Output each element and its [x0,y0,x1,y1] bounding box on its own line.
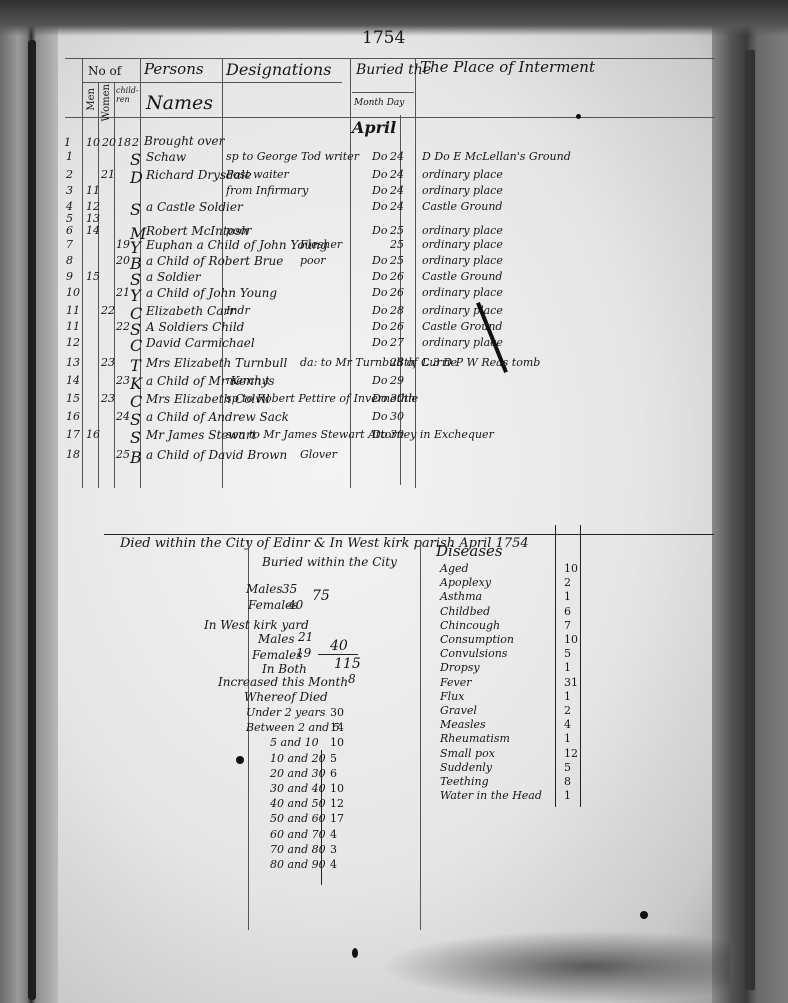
row-number: 15 [66,392,80,405]
in-both-value: 115 [334,656,361,672]
header-persons: Persons [144,60,204,78]
surname-initial: S [130,410,141,429]
col-rule-place [415,58,416,488]
women-count: 20 [102,136,116,149]
men-count: 10 [86,136,100,149]
burial-day: 25 [390,224,404,237]
header-designations: Designations [226,60,331,79]
place-of-interment: D Do E McLellan's Ground [422,150,571,163]
day-ditto-mark: Do [372,224,387,237]
men-count: 16 [86,428,100,441]
row-number: 3 [66,184,73,197]
women-count: 21 [101,168,115,181]
day-ditto-mark: Do [372,150,387,163]
disease-count: 5 [564,647,571,660]
year-heading: 1754 [362,28,405,48]
row-number: 6 [66,224,73,237]
age-count: 4 [330,828,337,841]
bottom-stain [380,930,730,1003]
place-of-interment: ordinary place [422,254,503,267]
designation: poor [226,224,252,237]
surname-initial: K [130,374,142,393]
day-ditto-mark: Do [372,428,387,441]
day-ditto-mark: Do [372,392,387,405]
disease-label: Water in the Head [440,789,542,802]
place-of-interment: L 3 D P W Reas tomb [422,356,540,369]
header-children: child-ren [116,86,136,104]
burial-day: 28th [390,356,416,369]
disease-count: 1 [564,690,571,703]
ink-blot [576,114,581,119]
row-number: 2 [66,168,73,181]
age-count: 10 [330,782,344,795]
surname-initial: S [130,428,141,447]
wk-males-value: 21 [298,630,313,644]
age-range-label: 5 and 10 [270,736,319,749]
burial-day: 26 [390,320,404,333]
disease-label: Gravel [440,704,477,717]
children-count: 23 [116,374,130,387]
age-range-label: 20 and 30 [270,767,326,780]
men-count: 15 [86,270,100,283]
row-number: 16 [66,410,80,423]
place-of-interment: ordinary place [422,168,503,181]
day-ditto-mark: Do [372,336,387,349]
wk-females-value: 19 [296,646,311,660]
header-no-of: No of [88,64,121,78]
burial-day: 24 [390,200,404,213]
burial-day: 30 [390,428,404,441]
designation: Post waiter [226,168,289,181]
city-females-value: 40 [288,598,303,612]
day-ditto-mark: Do [372,254,387,267]
women-count: 22 [101,304,115,317]
designation: poor [300,254,326,267]
day-ditto-mark: Do [372,270,387,283]
person-name: Schaw [146,150,186,164]
row-number: 7 [66,238,73,251]
age-count: 10 [330,736,344,749]
disease-label: Small pox [440,747,495,760]
age-range-label: 30 and 40 [270,782,326,795]
age-range-label: 60 and 70 [270,828,326,841]
row-number: 18 [66,448,80,461]
city-total: 75 [312,588,330,604]
designation: from Infirmary [226,184,308,197]
ink-blot [236,756,244,764]
designation: Flesher [300,238,342,251]
disease-count: 10 [564,562,578,575]
burial-day: 26 [390,270,404,283]
wk-females-label: Females [252,648,302,662]
row-number: 1 [66,150,73,163]
burial-day: 25 [390,254,404,267]
men-count: 14 [86,224,100,237]
disease-count: 1 [564,590,571,603]
designation: son to Mr James Stewart Attorney in Exch… [226,428,494,441]
burial-day: 30th [390,392,416,405]
disease-count: 7 [564,619,571,632]
gutter-shadow [745,50,755,990]
city-males-label: Males [246,582,283,596]
age-count: 12 [330,797,344,810]
wk-males-label: Males [258,632,295,646]
disease-count: 5 [564,761,571,774]
disease-label: Convulsions [440,647,507,660]
person-name: a Child of John Young [146,286,277,300]
burial-day: 27 [390,336,404,349]
place-of-interment: ordinary place [422,184,503,197]
day-ditto-mark: Do [372,320,387,333]
age-range-label: 40 and 50 [270,797,326,810]
person-name: a Child of Andrew Sack [146,410,289,424]
header-place-of-interment: The Place of Interment [420,58,595,76]
disease-count: 4 [564,718,571,731]
col-rule-men [82,58,83,488]
city-males-value: 35 [282,582,297,596]
children-count: 24 [116,410,130,423]
disease-label: Dropsy [440,661,480,674]
day-ditto-mark: Do [372,286,387,299]
person-name: a Child of Robert Brue [146,254,283,268]
surname-initial: C [130,392,142,411]
diseases-heading: Diseases [436,542,503,560]
age-range-label: 10 and 20 [270,752,326,765]
person-name: a Castle Soldier [146,200,243,214]
burial-day: 28 [390,304,404,317]
ink-blot [640,911,648,919]
surname-initial: Y [130,286,141,305]
burial-day: 25 [390,238,404,251]
row-number: 13 [66,356,80,369]
disease-count: 1 [564,661,571,674]
disease-count: 31 [564,676,578,689]
disease-count: 8 [564,775,571,788]
buried-heading: Buried within the City [262,555,397,569]
row-number: 11 [66,304,80,317]
disease-col-rule-1 [555,525,556,807]
disease-label: Measles [440,718,486,731]
header-rule-mid [82,82,342,83]
summary-col-mid [420,540,421,930]
row-number: 8 [66,254,73,267]
disease-label: Asthma [440,590,482,603]
age-count: 6 [330,767,337,780]
sum-line [318,654,358,655]
disease-label: Teething [440,775,489,788]
westkirk-heading: In West kirk yard [204,618,309,632]
row-number: 17 [66,428,80,441]
row-number: 9 [66,270,73,283]
place-of-interment: ordinary place [422,286,503,299]
person-name: a Soldier [146,270,201,284]
wk-total: 40 [330,638,348,654]
disease-label: Flux [440,690,464,703]
surname-initial: B [130,448,142,467]
disease-count: 1 [564,789,571,802]
day-ditto-mark: Do [372,184,387,197]
children-count: 20 [116,254,130,267]
summary-divider [104,534,714,535]
header-women: Women [101,84,112,121]
whereof-died: Whereof Died [244,690,328,704]
disease-count: 10 [564,633,578,646]
row-number: 1 [64,136,71,149]
disease-label: Consumption [440,633,514,646]
age-range-label: 80 and 90 [270,858,326,871]
person-name: a Child of David Brown [146,448,287,462]
header-month-day: Month Day [354,98,404,108]
disease-count: 12 [564,747,578,760]
age-range-label: 70 and 80 [270,843,326,856]
day-ditto-mark: Do [372,410,387,423]
disease-col-rule-2 [580,525,581,807]
surname-initial: C [130,336,142,355]
header-names: Names [146,92,213,114]
disease-label: Chincough [440,619,500,632]
children-count: 25 [116,448,130,461]
in-both-label: In Both [262,662,307,676]
row-number: 14 [66,374,80,387]
designation: Indr [226,304,250,317]
disease-label: Suddenly [440,761,492,774]
day-ditto-mark: Do [372,374,387,387]
age-count: 14 [330,721,344,734]
surname-initial: S [130,150,141,169]
disease-count: 6 [564,605,571,618]
burial-day: 24 [390,150,404,163]
person-name: A Soldiers Child [146,320,244,334]
age-range-label: Between 2 and 5 [246,721,340,734]
age-count: 4 [330,858,337,871]
extra-count: 2 [132,136,139,149]
age-range-label: 50 and 60 [270,812,326,825]
place-of-interment: ordinary place [422,224,503,237]
person-name: Mrs Elizabeth Turnbull [146,356,287,370]
disease-label: Aged [440,562,469,575]
row-number: 11 [66,320,80,333]
disease-label: Childbed [440,605,490,618]
surname-initial: T [130,356,141,375]
disease-count: 1 [564,732,571,745]
designation: sp to George Tod writer [226,150,359,163]
row-number: 12 [66,336,80,349]
day-ditto-mark: Do [372,200,387,213]
header-men: Men [86,88,97,111]
burial-day: 29 [390,374,404,387]
designation: merch.t [226,374,269,387]
day-ditto-mark: Do [372,168,387,181]
children-count: 18 [117,136,131,149]
age-count: 3 [330,843,337,856]
disease-label: Rheumatism [440,732,510,745]
binding-shadow [28,40,36,1000]
disease-label: Fever [440,676,472,689]
burial-day: 24 [390,184,404,197]
place-of-interment: Castle Ground [422,200,502,213]
header-rule-top [65,58,715,59]
age-count: 30 [330,706,344,719]
day-ditto-mark: Do [372,304,387,317]
age-count: 5 [330,752,337,765]
increased-label: Increased this Month [218,675,348,689]
children-count: 21 [116,286,130,299]
designation: Glover [300,448,337,461]
men-count: 11 [86,184,100,197]
row-number: 10 [66,286,80,299]
month-april: April [352,118,396,137]
brought-over-label: Brought over [144,134,224,148]
women-count: 23 [101,356,115,369]
col-rule-buried [350,58,351,488]
surname-initial: S [130,200,141,219]
age-range-label: Under 2 years [246,706,325,719]
children-count: 19 [116,238,130,251]
burial-day: 26 [390,286,404,299]
place-of-interment: ordinary place [422,238,503,251]
place-of-interment: ordinary place [422,304,503,317]
increased-value: 8 [348,672,356,686]
place-of-interment: Castle Ground [422,270,502,283]
ink-blot [352,948,358,958]
burial-day: 24 [390,168,404,181]
burial-day: 30 [390,410,404,423]
disease-count: 2 [564,576,571,589]
person-name: Elizabeth Carr [146,304,235,318]
disease-label: Apoplexy [440,576,491,589]
disease-count: 2 [564,704,571,717]
age-count: 17 [330,812,344,825]
person-name: David Carmichael [146,336,255,350]
surname-initial: D [130,168,143,187]
women-count: 23 [101,392,115,405]
children-count: 22 [116,320,130,333]
header-rule-buried [352,92,414,93]
